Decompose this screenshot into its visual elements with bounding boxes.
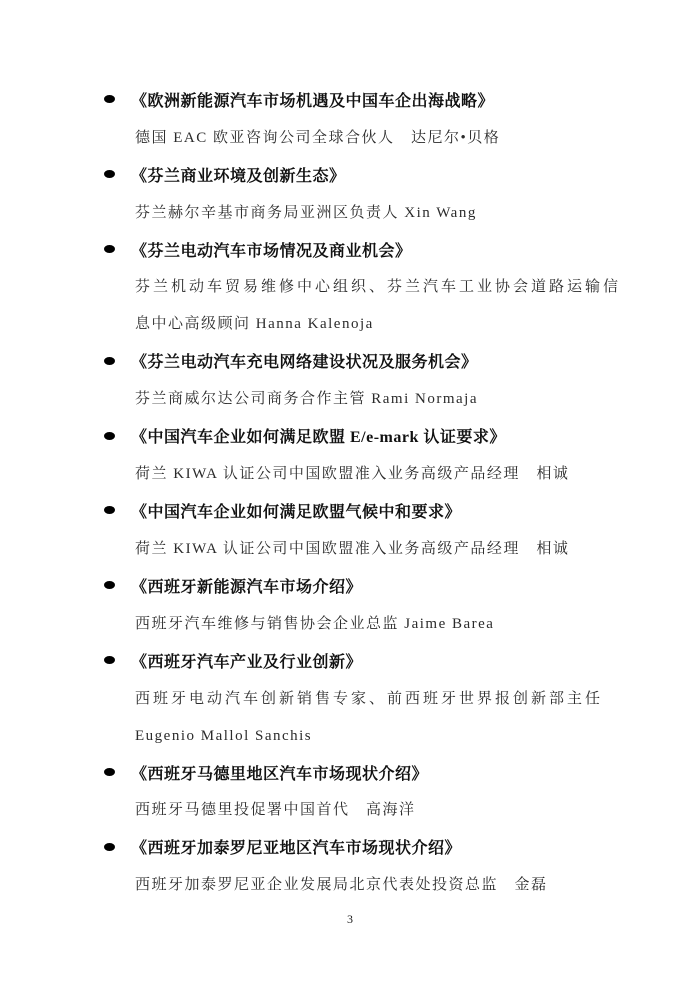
bullet-icon <box>104 170 115 178</box>
speaker-line: 西班牙加泰罗尼亚企业发展局北京代表处投资总监 金磊 <box>104 867 630 904</box>
bullet-icon <box>104 506 115 514</box>
bullet-icon <box>104 581 115 589</box>
agenda-item-title-row: 《西班牙新能源汽车市场介绍》 <box>104 568 630 606</box>
agenda-item: 《中国汽车企业如何满足欧盟 E/e-mark 认证要求》荷兰 KIWA 认证公司… <box>104 418 630 493</box>
bullet-icon <box>104 245 115 253</box>
speaker-line: 荷兰 KIWA 认证公司中国欧盟准入业务高级产品经理 相诚 <box>104 456 630 493</box>
bullet-icon <box>104 768 115 776</box>
agenda-item: 《芬兰电动汽车充电网络建设状况及服务机会》芬兰商威尔达公司商务合作主管 Rami… <box>104 343 630 418</box>
agenda-item-title-row: 《西班牙加泰罗尼亚地区汽车市场现状介绍》 <box>104 829 630 867</box>
agenda-item-title-row: 《中国汽车企业如何满足欧盟 E/e-mark 认证要求》 <box>104 418 630 456</box>
session-title: 《芬兰电动汽车充电网络建设状况及服务机会》 <box>131 354 478 371</box>
speaker-line: 西班牙马德里投促署中国首代 高海洋 <box>104 792 630 829</box>
agenda-item: 《西班牙汽车产业及行业创新》西班牙电动汽车创新销售专家、前西班牙世界报创新部主任… <box>104 643 630 755</box>
session-title: 《芬兰商业环境及创新生态》 <box>131 168 346 185</box>
agenda-item-title-row: 《西班牙汽车产业及行业创新》 <box>104 643 630 681</box>
session-title: 《西班牙加泰罗尼亚地区汽车市场现状介绍》 <box>131 840 461 857</box>
speaker-line: 荷兰 KIWA 认证公司中国欧盟准入业务高级产品经理 相诚 <box>104 531 630 568</box>
speaker-line: 西班牙汽车维修与销售协会企业总监 Jaime Barea <box>104 606 630 643</box>
agenda-item: 《西班牙马德里地区汽车市场现状介绍》西班牙马德里投促署中国首代 高海洋 <box>104 755 630 830</box>
session-title: 《中国汽车企业如何满足欧盟气候中和要求》 <box>131 504 461 521</box>
agenda-item: 《西班牙新能源汽车市场介绍》西班牙汽车维修与销售协会企业总监 Jaime Bar… <box>104 568 630 643</box>
agenda-item-title-row: 《芬兰商业环境及创新生态》 <box>104 157 630 195</box>
bullet-icon <box>104 432 115 440</box>
speaker-line: 芬兰赫尔辛基市商务局亚洲区负责人 Xin Wang <box>104 195 630 232</box>
speaker-line: 芬兰机动车贸易维修中心组织、芬兰汽车工业协会道路运输信 <box>104 269 630 306</box>
page-number: 3 <box>0 912 700 927</box>
bullet-icon <box>104 843 115 851</box>
bullet-icon <box>104 656 115 664</box>
speaker-line: 西班牙电动汽车创新销售专家、前西班牙世界报创新部主任 <box>104 681 630 718</box>
agenda-item-title-row: 《欧洲新能源汽车市场机遇及中国车企出海战略》 <box>104 82 630 120</box>
agenda-item-title-row: 《芬兰电动汽车充电网络建设状况及服务机会》 <box>104 343 630 381</box>
session-title: 《芬兰电动汽车市场情况及商业机会》 <box>131 242 412 259</box>
agenda-item: 《欧洲新能源汽车市场机遇及中国车企出海战略》德国 EAC 欧亚咨询公司全球合伙人… <box>104 82 630 157</box>
session-title: 《欧洲新能源汽车市场机遇及中国车企出海战略》 <box>131 93 494 110</box>
document-page: 《欧洲新能源汽车市场机遇及中国车企出海战略》德国 EAC 欧亚咨询公司全球合伙人… <box>0 0 700 989</box>
agenda-item: 《西班牙加泰罗尼亚地区汽车市场现状介绍》西班牙加泰罗尼亚企业发展局北京代表处投资… <box>104 829 630 904</box>
agenda-item: 《芬兰电动汽车市场情况及商业机会》芬兰机动车贸易维修中心组织、芬兰汽车工业协会道… <box>104 232 630 344</box>
agenda-item: 《芬兰商业环境及创新生态》芬兰赫尔辛基市商务局亚洲区负责人 Xin Wang <box>104 157 630 232</box>
speaker-line: 息中心高级顾问 Hanna Kalenoja <box>104 306 630 343</box>
bullet-icon <box>104 95 115 103</box>
speaker-line: 芬兰商威尔达公司商务合作主管 Rami Normaja <box>104 381 630 418</box>
speaker-line: Eugenio Mallol Sanchis <box>104 718 630 755</box>
speaker-line: 德国 EAC 欧亚咨询公司全球合伙人 达尼尔•贝格 <box>104 120 630 157</box>
session-title: 《西班牙马德里地区汽车市场现状介绍》 <box>131 765 428 782</box>
session-title: 《西班牙新能源汽车市场介绍》 <box>131 579 362 596</box>
session-title: 《西班牙汽车产业及行业创新》 <box>131 654 362 671</box>
agenda-item-title-row: 《西班牙马德里地区汽车市场现状介绍》 <box>104 755 630 793</box>
agenda-list: 《欧洲新能源汽车市场机遇及中国车企出海战略》德国 EAC 欧亚咨询公司全球合伙人… <box>104 82 630 904</box>
bullet-icon <box>104 357 115 365</box>
session-title: 《中国汽车企业如何满足欧盟 E/e-mark 认证要求》 <box>131 429 506 446</box>
agenda-item: 《中国汽车企业如何满足欧盟气候中和要求》荷兰 KIWA 认证公司中国欧盟准入业务… <box>104 493 630 568</box>
agenda-item-title-row: 《芬兰电动汽车市场情况及商业机会》 <box>104 232 630 270</box>
agenda-item-title-row: 《中国汽车企业如何满足欧盟气候中和要求》 <box>104 493 630 531</box>
